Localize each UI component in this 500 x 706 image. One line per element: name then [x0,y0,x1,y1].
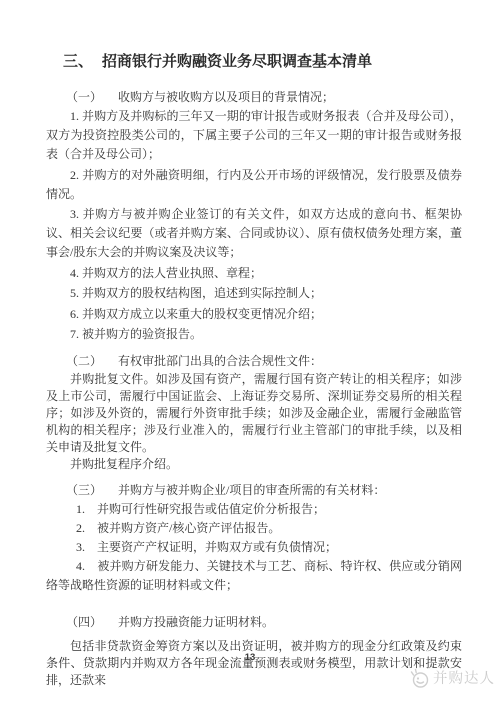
paragraph: 包括非贷款资金筹资方案以及出资证明，被并购方的现金分红政策及约束条件、贷款期内并… [46,638,462,689]
page-number: 13 [0,652,500,663]
section-1-number: （一） [66,90,102,104]
list-item: 1. 并购方及并购标的三年又一期的审计报告或财务报表（合并及母公司），双方为投资… [46,107,462,164]
section-2-heading: （二）有权审批部门出具的合法合规性文件： [46,352,462,371]
watermark-logo-icon [408,668,430,688]
section-1-heading-text: 收购方与被收购方以及项目的背景情况； [118,90,334,104]
section-4-heading: （四）并购方投融资能力证明材料。 [46,613,462,632]
list-item: 7. 被并购方的验资报告。 [46,325,462,344]
list-item: 1. 并购可行性研究报告或估值定价分析报告； [46,500,462,519]
section-1-heading: （一）收购方与被收购方以及项目的背景情况； [46,88,462,107]
section-3-heading: （三）并购方与被并购企业/项目的审查所需的有关材料： [46,481,462,500]
paragraph: 并购批复程序介绍。 [46,456,462,473]
list-item: 5. 并购双方的股权结构图，追述到实际控制人； [46,284,462,303]
section-3-heading-text: 并购方与被并购企业/项目的审查所需的有关材料： [118,483,385,497]
watermark: 并购达人 [408,667,495,688]
section-2: （二）有权审批部门出具的合法合规性文件： 并购批复文件。如涉及国有资产，需履行国… [46,352,462,473]
section-4: （四）并购方投融资能力证明材料。 包括非贷款资金筹资方案以及出资证明，被并购方的… [46,613,462,689]
list-item: 4. 并购双方的法人营业执照、章程； [46,264,462,283]
document-page: 三、招商银行并购融资业务尽职调查基本清单 （一）收购方与被收购方以及项目的背景情… [0,0,500,706]
section-3-number: （三） [66,483,102,497]
section-2-number: （二） [66,354,102,368]
section-3: （三）并购方与被并购企业/项目的审查所需的有关材料： 1. 并购可行性研究报告或… [46,481,462,595]
list-item: 3. 并购方与被并购企业签订的有关文件，如双方达成的意向书、框架协议、相关会议纪… [46,205,462,262]
list-item: 2. 并购方的对外融资明细，行内及公开市场的评级情况，发行股票及债券情况。 [46,166,462,204]
list-item: 6. 并购双方成立以来重大的股权变更情况介绍； [46,305,462,324]
document-title: 三、招商银行并购融资业务尽职调查基本清单 [46,52,462,72]
section-2-heading-text: 有权审批部门出具的合法合规性文件： [118,354,322,368]
watermark-text: 并购达人 [433,667,495,688]
list-item: 2. 被并购方资产/核心资产评估报告。 [46,519,462,538]
section-4-heading-text: 并购方投融资能力证明材料。 [118,615,274,629]
list-item: 4. 被并购方研发能力、关键技术与工艺、商标、特许权、供应或分销网络等战略性资源… [46,557,462,595]
title-text: 招商银行并购融资业务尽职调查基本清单 [102,54,372,70]
section-1: （一）收购方与被收购方以及项目的背景情况； 1. 并购方及并购标的三年又一期的审… [46,88,462,344]
document-content: 三、招商银行并购融资业务尽职调查基本清单 （一）收购方与被收购方以及项目的背景情… [0,0,500,689]
paragraph: 并购批复文件。如涉及国有资产，需履行国有资产转让的相关程序；如涉及上市公司，需履… [46,371,462,456]
title-number: 三、 [63,54,93,70]
section-4-number: （四） [66,615,102,629]
list-item: 3. 主要资产产权证明，并购双方或有负债情况； [46,538,462,557]
